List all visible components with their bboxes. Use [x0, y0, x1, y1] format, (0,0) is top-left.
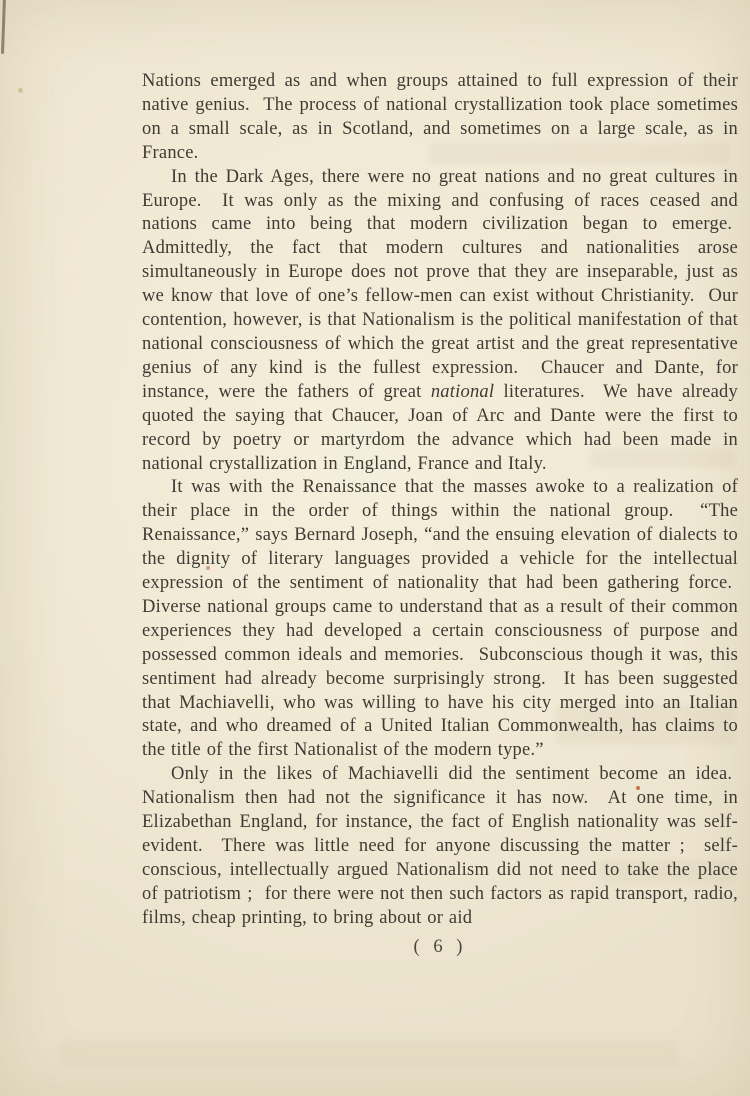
text-run: It was with the Renaissance that the mas…	[142, 477, 738, 760]
text-run: Only in the likes of Machiavelli did the…	[142, 764, 738, 927]
ink-speck	[18, 88, 23, 93]
paragraph: Nations emerged as and when groups attai…	[142, 70, 738, 166]
showthrough-smudge	[60, 1040, 680, 1066]
page-number: ( 6 )	[142, 936, 738, 960]
text-run: In the Dark Ages, there were no great na…	[142, 167, 738, 402]
paragraph: Only in the likes of Machiavelli did the…	[142, 763, 738, 930]
text-run-italic: national	[431, 382, 494, 402]
paragraph: In the Dark Ages, there were no great na…	[142, 166, 738, 477]
book-page-text: Nations emerged as and when groups attai…	[142, 70, 738, 960]
paragraph: It was with the Renaissance that the mas…	[142, 476, 738, 763]
text-run: Nations emerged as and when groups attai…	[142, 71, 738, 163]
